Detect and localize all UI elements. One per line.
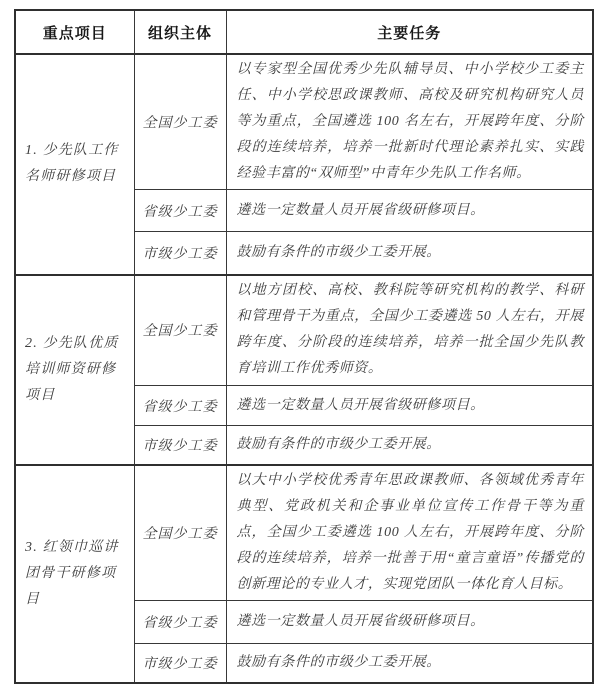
organizer-cell: 全国少工委 [134, 465, 226, 601]
task-cell: 鼓励有条件的市级少工委开展。 [226, 232, 593, 275]
column-header-project: 重点项目 [15, 10, 134, 54]
table-row: 2. 少先队优质培训师资研修项目 全国少工委 以地方团校、高校、教科院等研究机构… [15, 275, 593, 386]
document-page: 重点项目 组织主体 主要任务 1. 少先队工作名师研修项目 全国少工委 以专家型… [0, 0, 607, 691]
column-header-tasks: 主要任务 [226, 10, 593, 54]
project-title-cell: 2. 少先队优质培训师资研修项目 [15, 275, 134, 465]
column-header-organizer: 组织主体 [134, 10, 226, 54]
organizer-cell: 省级少工委 [134, 600, 226, 643]
organizer-cell: 省级少工委 [134, 190, 226, 232]
projects-table: 重点项目 组织主体 主要任务 1. 少先队工作名师研修项目 全国少工委 以专家型… [14, 9, 594, 684]
organizer-cell: 全国少工委 [134, 275, 226, 386]
project-title-cell: 3. 红领巾巡讲团骨干研修项目 [15, 465, 134, 684]
task-cell: 鼓励有条件的市级少工委开展。 [226, 426, 593, 465]
task-cell: 遴选一定数量人员开展省级研修项目。 [226, 386, 593, 426]
task-cell: 鼓励有条件的市级少工委开展。 [226, 643, 593, 683]
task-cell: 遴选一定数量人员开展省级研修项目。 [226, 190, 593, 232]
task-cell: 以地方团校、高校、教科院等研究机构的教学、科研和管理骨干为重点，全国少工委遴选 … [226, 275, 593, 386]
task-cell: 遴选一定数量人员开展省级研修项目。 [226, 600, 593, 643]
task-cell: 以专家型全国优秀少先队辅导员、中小学校少工委主任、中小学校思政课教师、高校及研究… [226, 54, 593, 190]
organizer-cell: 市级少工委 [134, 426, 226, 465]
organizer-cell: 省级少工委 [134, 386, 226, 426]
table-row: 3. 红领巾巡讲团骨干研修项目 全国少工委 以大中小学校优秀青年思政课教师、各领… [15, 465, 593, 601]
organizer-cell: 市级少工委 [134, 643, 226, 683]
header-row: 重点项目 组织主体 主要任务 [15, 10, 593, 54]
project-title-cell: 1. 少先队工作名师研修项目 [15, 54, 134, 275]
table-row: 1. 少先队工作名师研修项目 全国少工委 以专家型全国优秀少先队辅导员、中小学校… [15, 54, 593, 190]
task-cell: 以大中小学校优秀青年思政课教师、各领域优秀青年典型、党政机关和企事业单位宣传工作… [226, 465, 593, 601]
organizer-cell: 市级少工委 [134, 232, 226, 275]
organizer-cell: 全国少工委 [134, 54, 226, 190]
